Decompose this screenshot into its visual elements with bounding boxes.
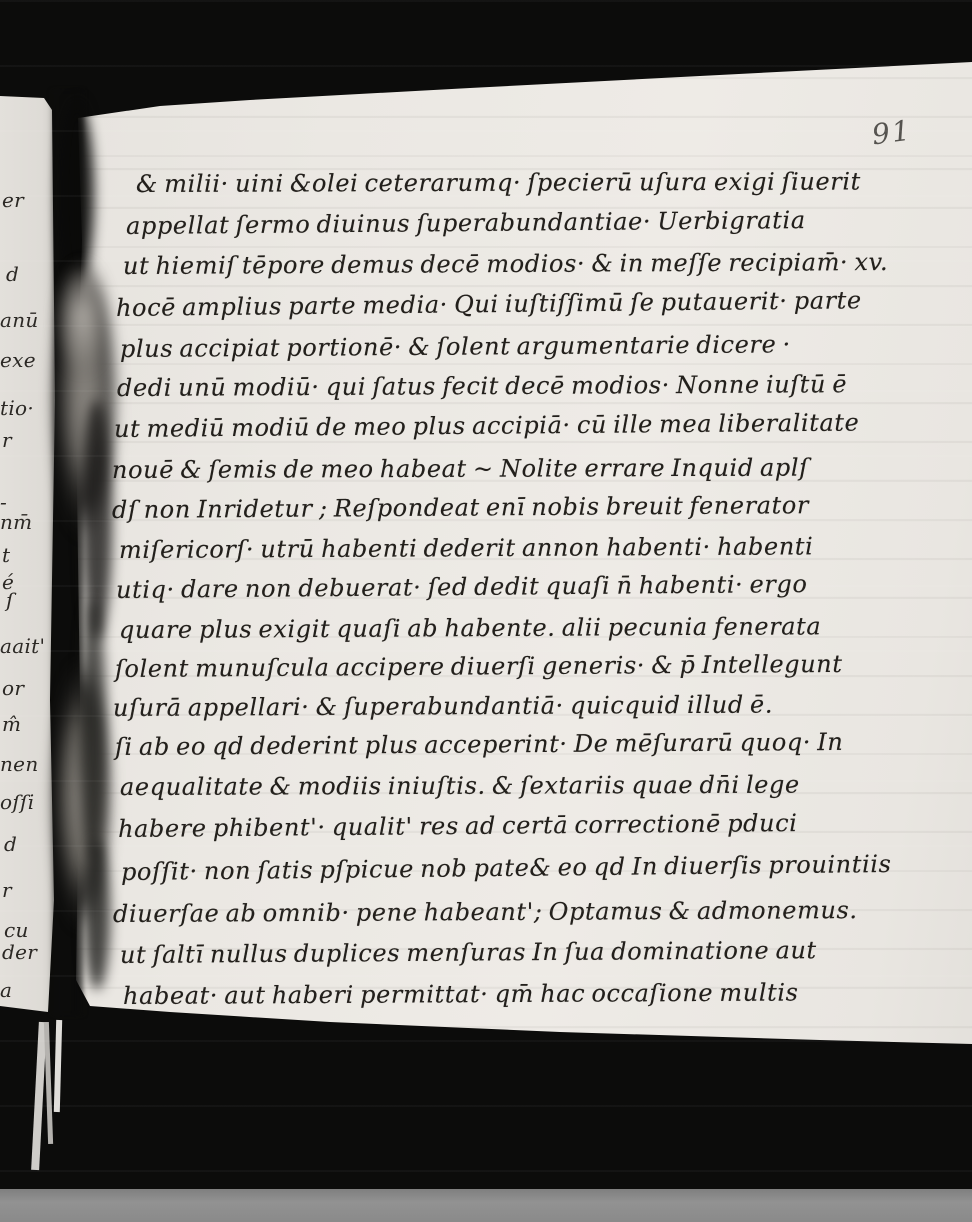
facing-fragment: aait' <box>0 634 45 658</box>
manuscript-text-line: ut mediū modiū de meo plus accipiā· cū i… <box>114 408 860 443</box>
page-edge-stain <box>84 840 110 990</box>
page-edge-stain <box>82 400 112 640</box>
manuscript-text-line: habeat· aut haberi permittat· qm̄ hac oc… <box>123 978 799 1010</box>
facing-fragment: r <box>2 428 12 452</box>
facing-fragment: d <box>6 262 19 286</box>
manuscript-text-line: aequalitate & modiis iniuſtis. & ſextari… <box>120 771 800 801</box>
facing-fragment: oſſi <box>0 790 34 814</box>
manuscript-text-line: appellat ſermo diuinus ſuperabundantiae·… <box>126 206 806 240</box>
manuscript-text-line: ſolent munuſcula accipere diuerſi generi… <box>115 650 843 683</box>
facing-fragment: anū <box>0 308 39 332</box>
page-edge-stain <box>80 600 106 860</box>
scanner-tray-bar <box>0 1189 972 1222</box>
facing-fragment: ſ <box>6 588 14 612</box>
facing-fragment: a <box>0 978 12 1002</box>
manuscript-text-line: plus accipiat portionē· & ſolent argumen… <box>120 330 791 363</box>
manuscript-text-line: & milii· uini &olei ceterarumq· ſpecierū… <box>136 167 861 198</box>
facing-fragment: d <box>4 832 17 856</box>
frayed-parchment-tab <box>54 1020 62 1112</box>
manuscript-text-line: ut hiemiſ tēpore demus decē modios· & in… <box>123 248 888 280</box>
facing-fragment: er <box>2 188 24 212</box>
facing-fragment: der <box>2 940 37 964</box>
frayed-parchment-tab <box>44 1022 53 1144</box>
manuscript-page: & milii· uini &olei ceterarumq· ſpecierū… <box>0 0 972 1222</box>
manuscript-text-line: habere phibent'· qualit' res ad certā co… <box>118 809 798 843</box>
facing-fragment: or <box>2 676 24 700</box>
manuscript-text-line: miſericorſ· utrū habenti dederit annon h… <box>119 532 813 564</box>
facing-fragment: nen <box>0 752 39 776</box>
manuscript-text-line: uſurā appellari· & ſuperabundantiā· quic… <box>113 691 773 722</box>
manuscript-text-line: ut ſaltī nullus duplices menſuras In ſua… <box>120 936 817 969</box>
facing-fragment: cu <box>4 918 29 942</box>
manuscript-text-line: utiq· dare non debuerat· ſed dedit quaſi… <box>116 570 808 604</box>
facing-fragment: t <box>2 543 10 567</box>
manuscript-text-line: dſ non Inridetur ; Reſpondeat enī nobis … <box>112 491 809 524</box>
folio-number: 91 <box>870 114 913 152</box>
manuscript-photo: er d anū exe tio· r - nm̄ t é ſ aait' or… <box>0 0 972 1222</box>
facing-fragment: m̂ <box>2 712 21 736</box>
manuscript-text-line: poſſit· non ſatis pſpicue nob pate& eo q… <box>121 850 892 886</box>
facing-fragment: exe <box>0 348 36 372</box>
facing-fragment: tio· <box>0 396 34 420</box>
manuscript-text-line: hocē amplius parte media· Qui iuſtiſſimū… <box>116 286 862 322</box>
facing-fragment: nm̄ <box>0 510 32 534</box>
manuscript-text-line: diuerſae ab omnib· pene habeant'; Optamu… <box>113 896 858 928</box>
facing-fragment: r <box>2 878 12 902</box>
parchment-curl-highlight <box>56 262 108 372</box>
manuscript-text-line: quare plus exigit quaſi ab habente. alii… <box>119 612 821 644</box>
manuscript-text-line: nouē & ſemis de meo habeat ~ Nolite erra… <box>112 454 809 484</box>
manuscript-text-line: dedi unū modiū· qui ſatus fecit decē mod… <box>117 370 847 402</box>
manuscript-text-line: ſi ab eo qd dederint plus acceperint· De… <box>115 728 844 761</box>
